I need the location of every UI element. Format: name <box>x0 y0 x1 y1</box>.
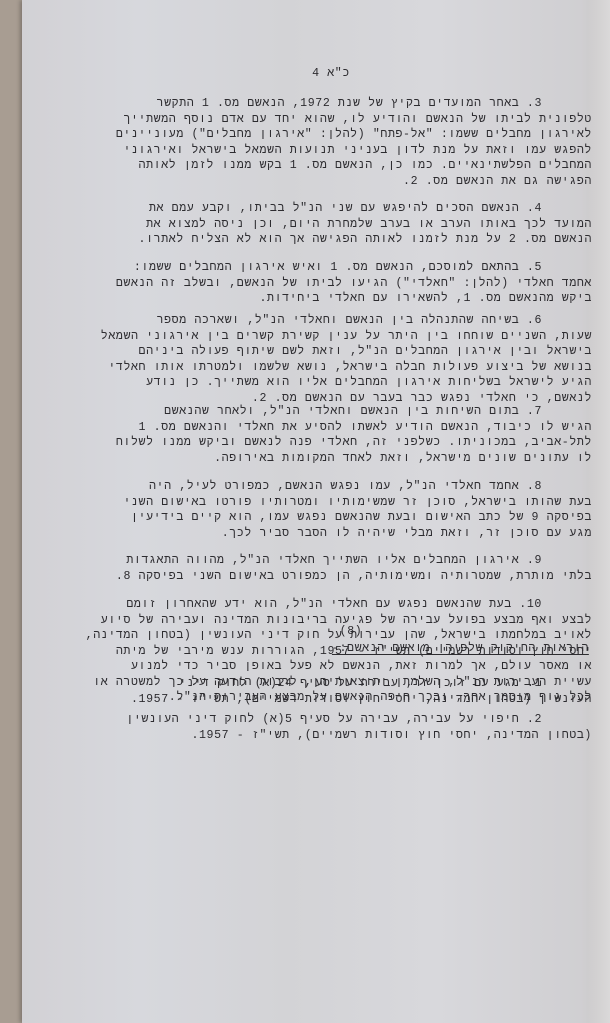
text-line: לתל-אביב, במכוניתו. כשלפני זה, חאלדי פנה… <box>70 435 592 451</box>
page-header: כ"א 4 <box>70 66 592 82</box>
text-line: 9. אירגון המחבלים אליו השתייך חאלדי הנ"ל… <box>70 553 592 569</box>
text-line: 4. הנאשם הסכים להיפגש עם שני הנ"ל בביתו,… <box>70 201 592 217</box>
text-line: 2. חיפוי על עבירה, עבירה על סעיף 5(א) לח… <box>70 712 592 728</box>
text-line: הנאשם מס. 2 על מנת לזמנו לאותה הפגישה אך… <box>70 232 592 248</box>
typewritten-page: כ"א 4 3. באחר המועדים בקיץ של שנת 1972, … <box>22 0 610 1023</box>
text-line: המועד לכך באותו הערב או בערב שלמחרת היום… <box>70 217 592 233</box>
text-line: לו עתונים שונים מישראל, וזאת לאחד המקומו… <box>70 451 592 467</box>
text-line: 6. בשיחה שהתנהלה בין הנאשם וחאלדי הנ"ל, … <box>70 313 592 329</box>
charge-item-2: 2. חיפוי על עבירה, עבירה על סעיף 5(א) לח… <box>70 712 592 743</box>
text-line: הפגישה גם את הנאשם מס. 2. <box>70 174 592 190</box>
paragraph-2: 4. הנאשם הסכים להיפגש עם שני הנ"ל בביתו,… <box>70 201 592 248</box>
text-line: 1. מגע עם זוכן זר, עבירה על סעיף 24(א) ל… <box>70 676 592 692</box>
paragraph-1: 3. באחר המועדים בקיץ של שנת 1972, הנאשם … <box>70 96 592 189</box>
text-line: 8. אחמד חאלדי הנ"ל, עמו נפגש הנאשם, כמפו… <box>70 479 592 495</box>
text-line: ביקש מהנאשם מס. 1, להשאירו עם חאלדי ביחי… <box>70 291 592 307</box>
text-line: טלפונית לביתו של הנאשם והודיע לו, שהוא י… <box>70 112 592 128</box>
paragraph-3: 5. בהתאם למוסכם, הנאשם מס. 1 ואיש אירגון… <box>70 260 592 307</box>
text-line: הגיש לו כיבוד, הנאשם הודיע לאשתו להסיע א… <box>70 420 592 436</box>
text-line: בישראל ובין אירגון המחבלים הנ"ל, וזאת לש… <box>70 344 592 360</box>
text-line: 5. בהתאם למוסכם, הנאשם מס. 1 ואיש אירגון… <box>70 260 592 276</box>
text-line: או מאסר עולם, אך למרות זאת, הנאשם לא פעל… <box>70 659 592 675</box>
text-line: בפיסקה 9 של כתב האישום ובעת שהנאשם נפגש … <box>70 510 592 526</box>
paragraph-4: 6. בשיחה שהתנהלה בין הנאשם וחאלדי הנ"ל, … <box>70 313 592 406</box>
text-line: 3. באחר המועדים בקיץ של שנת 1972, הנאשם … <box>70 96 592 112</box>
page-number: (8) <box>70 624 592 640</box>
text-line: (בטחון המדינה, יחסי חוץ וסודות רשמיים), … <box>70 728 592 744</box>
paragraph-5: 7. בתום השיחות בין הנאשם וחאלדי הנ"ל, ול… <box>70 404 592 466</box>
text-line: בנושא של ביצוע פעולות חבלה בישראל, נושא … <box>70 360 592 376</box>
paragraph-7: 9. אירגון המחבלים אליו השתייך חאלדי הנ"ל… <box>70 553 592 584</box>
section-heading: הוראות החיקוק שלפיהן מואשם הנאשם:- <box>332 642 589 655</box>
text-line: לאירגון מחבלים ששמו: "אל-פתח" (להלן: "אי… <box>70 127 592 143</box>
text-line: מגע עם סוכן זר, וזאת מבלי שיהיה לו הסבר … <box>70 526 592 542</box>
text-line: 10. בעת שהנאשם נפגש עם חאלדי הנ"ל, הוא י… <box>70 597 592 613</box>
section-b-heading: ב.הוראות החיקוק שלפיהן מואשם הנאשם:- <box>332 641 610 657</box>
text-line: העונשין (בטחון המדינה, יחסי חוץ וסודות ר… <box>70 692 592 708</box>
text-line: בלתי מותרת, שמטרותיה ומשימותיה, הן כמפור… <box>70 569 592 585</box>
text-line: הגיע לישראל בשליחות אירגון המחבלים אליו … <box>70 375 592 391</box>
text-line: בעת שהותו בישראל, סוכן זר שמשימותיו ומטר… <box>70 495 592 511</box>
text-line: להפגש עמו וזאת על מנת לדון בעניני תנועות… <box>70 143 592 159</box>
charge-item-1: 1. מגע עם זוכן זר, עבירה על סעיף 24(א) ל… <box>70 676 592 707</box>
text-line: 7. בתום השיחות בין הנאשם וחאלדי הנ"ל, ול… <box>70 404 592 420</box>
text-line: שעות, השניים שוחחו בין היתר על ענין קשיר… <box>70 329 592 345</box>
text-line: אחמד חאלדי (להלן: "חאלדי") הגיעו לביתו ש… <box>70 276 592 292</box>
text-line: המחבלים הפלשתינאיים. כמו כן, הנאשם מס. 1… <box>70 158 592 174</box>
paragraph-6: 8. אחמד חאלדי הנ"ל, עמו נפגש הנאשם, כמפו… <box>70 479 592 541</box>
